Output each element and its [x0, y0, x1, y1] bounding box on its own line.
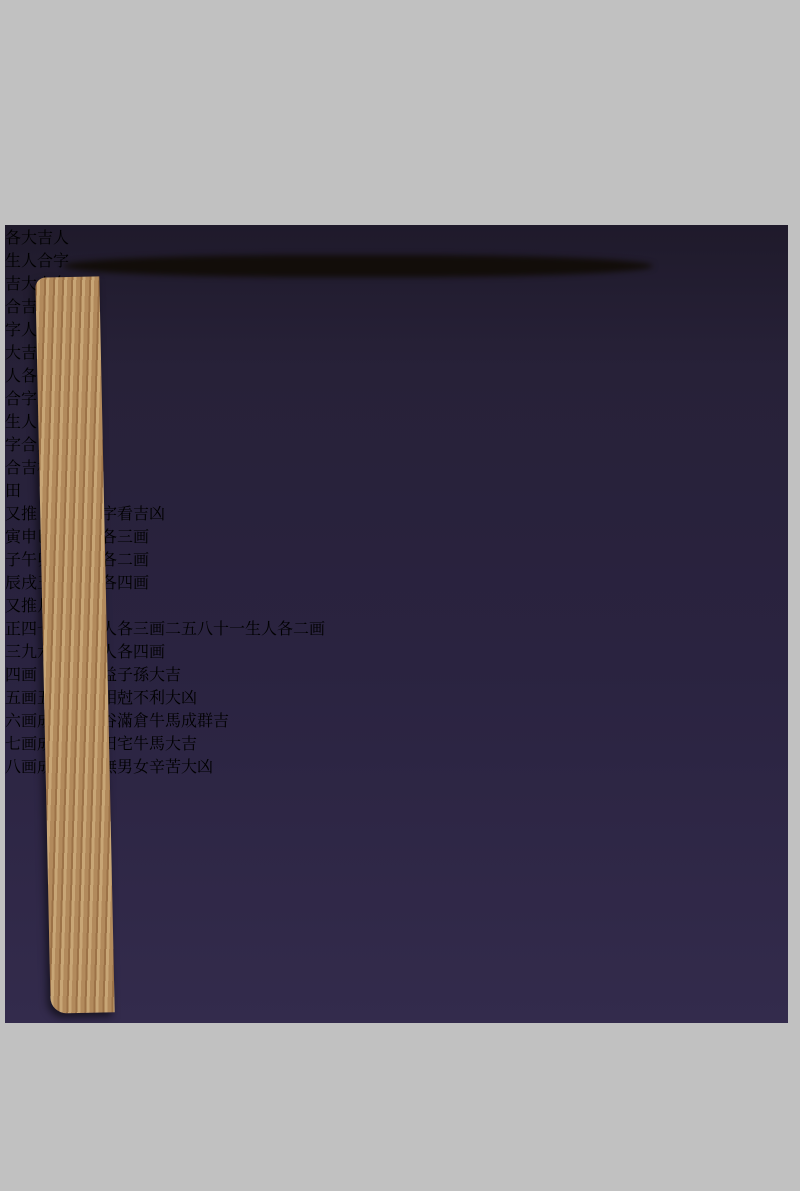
- text-column-11: 七画成首字主田宅牛馬大吉: [5, 731, 788, 754]
- photo-area: 各大吉人 生人合字 吉大人各 合吉 字人生各 大吉字合 人各生字 合字大吉 生人…: [5, 225, 788, 1023]
- text-column-2: 寅申巳亥生人各三画: [5, 524, 788, 547]
- text-column-1: 又推 男女合字看吉凶: [5, 501, 788, 524]
- bleed-through-text: 合字大吉: [5, 386, 788, 409]
- text-column-4: 辰戌丑未生人各四画: [5, 570, 788, 593]
- text-column-9: 五画丑字夫妻相尅不利大凶: [5, 685, 788, 708]
- text-column-10: 六画成田字禾谷滿倉牛馬成群吉: [5, 708, 788, 731]
- bleed-through-text: 生人吉各: [5, 409, 788, 432]
- blue-ink-correction-mark: 田: [5, 478, 788, 501]
- bleed-through-text: 人各生字: [5, 363, 788, 386]
- text-column-12: 八画成同字主無男女辛苦大凶: [5, 754, 788, 777]
- bleed-through-text: 字人生各: [5, 317, 788, 340]
- bleed-through-text: 各大吉人: [5, 225, 788, 248]
- bleed-through-text: 字合人大: [5, 432, 788, 455]
- text-column-5: 又推月合字: [5, 593, 788, 616]
- bleed-through-text: 大吉字合: [5, 340, 788, 363]
- text-column-8: 四画 王字利益子孫大吉: [5, 662, 788, 685]
- bleed-through-text: 合吉: [5, 294, 788, 317]
- page-edges-bottom: [65, 964, 671, 1013]
- text-column-3: 子午卯酉生人各二画: [5, 547, 788, 570]
- scan-canvas: 各大吉人 生人合字 吉大人各 合吉 字人生各 大吉字合 人各生字 合字大吉 生人…: [0, 0, 800, 1191]
- text-column-7: 三九六十二生人各四画: [5, 639, 788, 662]
- book-top-shadow: [63, 255, 653, 277]
- text-column-6: 正四七十月生人各三画二五八十一生人各二画: [5, 616, 788, 639]
- bleed-through-text: 合吉相字: [5, 455, 788, 478]
- column-11-rest: 田宅牛馬大吉: [101, 736, 197, 753]
